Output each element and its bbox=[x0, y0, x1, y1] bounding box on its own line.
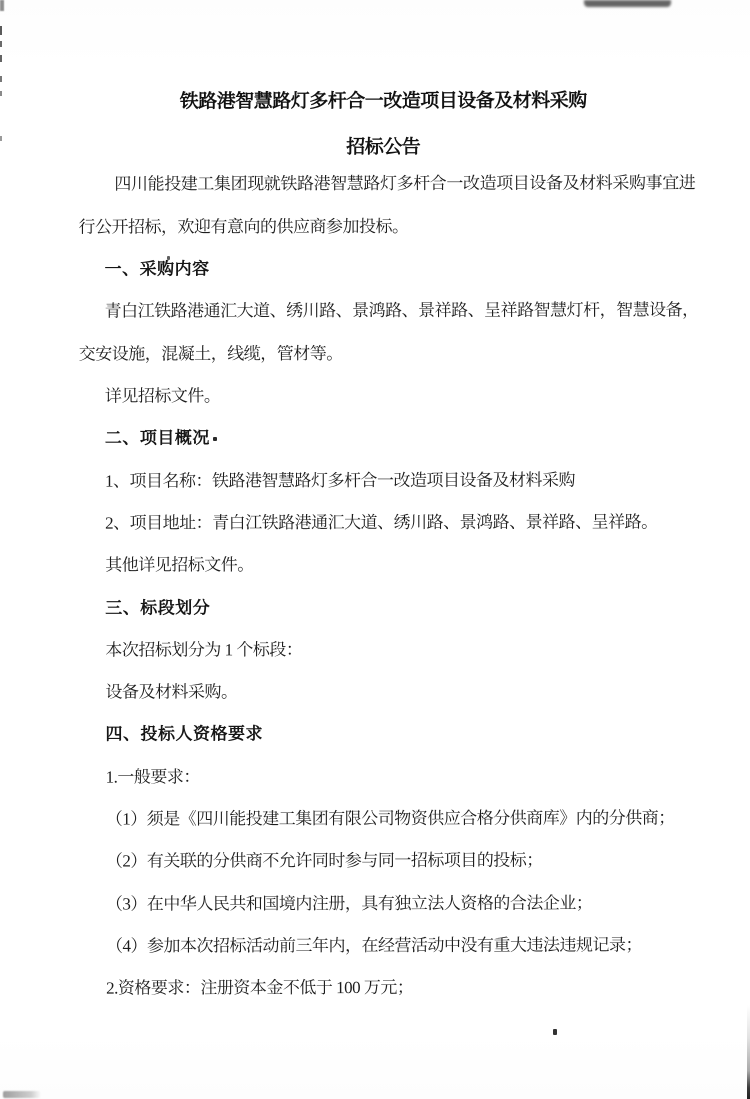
project-address-line: 2、项目地址：青白江铁路港通汇大道、绣川路、景鸿路、景祥路、呈祥路。 bbox=[79, 511, 691, 534]
document-title-line1: 铁路港智慧路灯多杆合一改造项目设备及材料采购 bbox=[78, 85, 688, 113]
general-requirements-label: 1.一般要求： bbox=[80, 765, 692, 788]
section-heading-3: 三、标段划分 bbox=[79, 596, 691, 619]
scan-edge-speck bbox=[0, 136, 2, 141]
other-details-note: 其他详见招标文件。 bbox=[79, 553, 691, 576]
scan-smudge-top-right bbox=[584, 0, 671, 7]
scanned-document-page: 铁路港智慧路灯多杆合一改造项目设备及材料采购 招标公告 四川能投建工集团现就铁路… bbox=[0, 0, 750, 1099]
document-title-line2: 招标公告 bbox=[78, 131, 688, 159]
scan-speck-above-heading1 bbox=[167, 256, 170, 260]
section-heading-2: 二、项目概况 bbox=[79, 426, 691, 449]
bid-section-name-line: 设备及材料采购。 bbox=[79, 680, 691, 703]
scan-edge-speck bbox=[0, 41, 2, 47]
scan-dot-bottom bbox=[553, 1029, 557, 1035]
scan-edge-speck bbox=[0, 26, 2, 35]
scan-dot-after-heading2 bbox=[213, 437, 217, 441]
scan-smudge-bottom-left bbox=[3, 1091, 41, 1098]
requirement-item-4: （4）参加本次招标活动前三年内，在经营活动中没有重大违法违规记录； bbox=[80, 934, 692, 957]
procurement-content-line1: 青白江铁路港通汇大道、绣川路、景鸿路、景祥路、呈祥路智慧灯杆，智慧设备， bbox=[79, 299, 691, 322]
bid-sections-count-line: 本次招标划分为 1 个标段： bbox=[79, 638, 691, 661]
requirement-item-2: （2）有关联的分供商不允许同时参与同一招标项目的投标； bbox=[80, 849, 692, 872]
requirement-item-3: （3）在中华人民共和国境内注册，具有独立法人资格的合法企业； bbox=[80, 892, 692, 915]
scan-mark-top-left-corner bbox=[0, 0, 4, 11]
project-name-line: 1、项目名称：铁路港智慧路灯多杆合一改造项目设备及材料采购 bbox=[79, 469, 691, 492]
intro-paragraph-line2: 行公开招标，欢迎有意向的供应商参加投标。 bbox=[78, 215, 690, 238]
scan-edge-speck bbox=[0, 55, 2, 62]
document-content: 铁路港智慧路灯多杆合一改造项目设备及材料采购 招标公告 四川能投建工集团现就铁路… bbox=[0, 0, 750, 1099]
see-tender-docs-note: 详见招标文件。 bbox=[79, 384, 691, 407]
qualification-requirement-line: 2.资格要求：注册资本金不低于 100 万元； bbox=[80, 976, 692, 999]
scan-edge-speck bbox=[0, 91, 2, 96]
section-heading-4: 四、投标人资格要求 bbox=[80, 722, 692, 745]
procurement-content-line2: 交安设施，混凝土，线缆，管材等。 bbox=[79, 342, 691, 365]
scan-edge-speck bbox=[0, 76, 2, 82]
requirement-item-1: （1）须是《四川能投建工集团有限公司物资供应合格分供商库》内的分供商； bbox=[80, 807, 692, 830]
intro-paragraph-line1: 四川能投建工集团现就铁路港智慧路灯多杆合一改造项目设备及材料采购事宜进 bbox=[78, 172, 690, 195]
section-heading-1: 一、采购内容 bbox=[79, 257, 691, 280]
